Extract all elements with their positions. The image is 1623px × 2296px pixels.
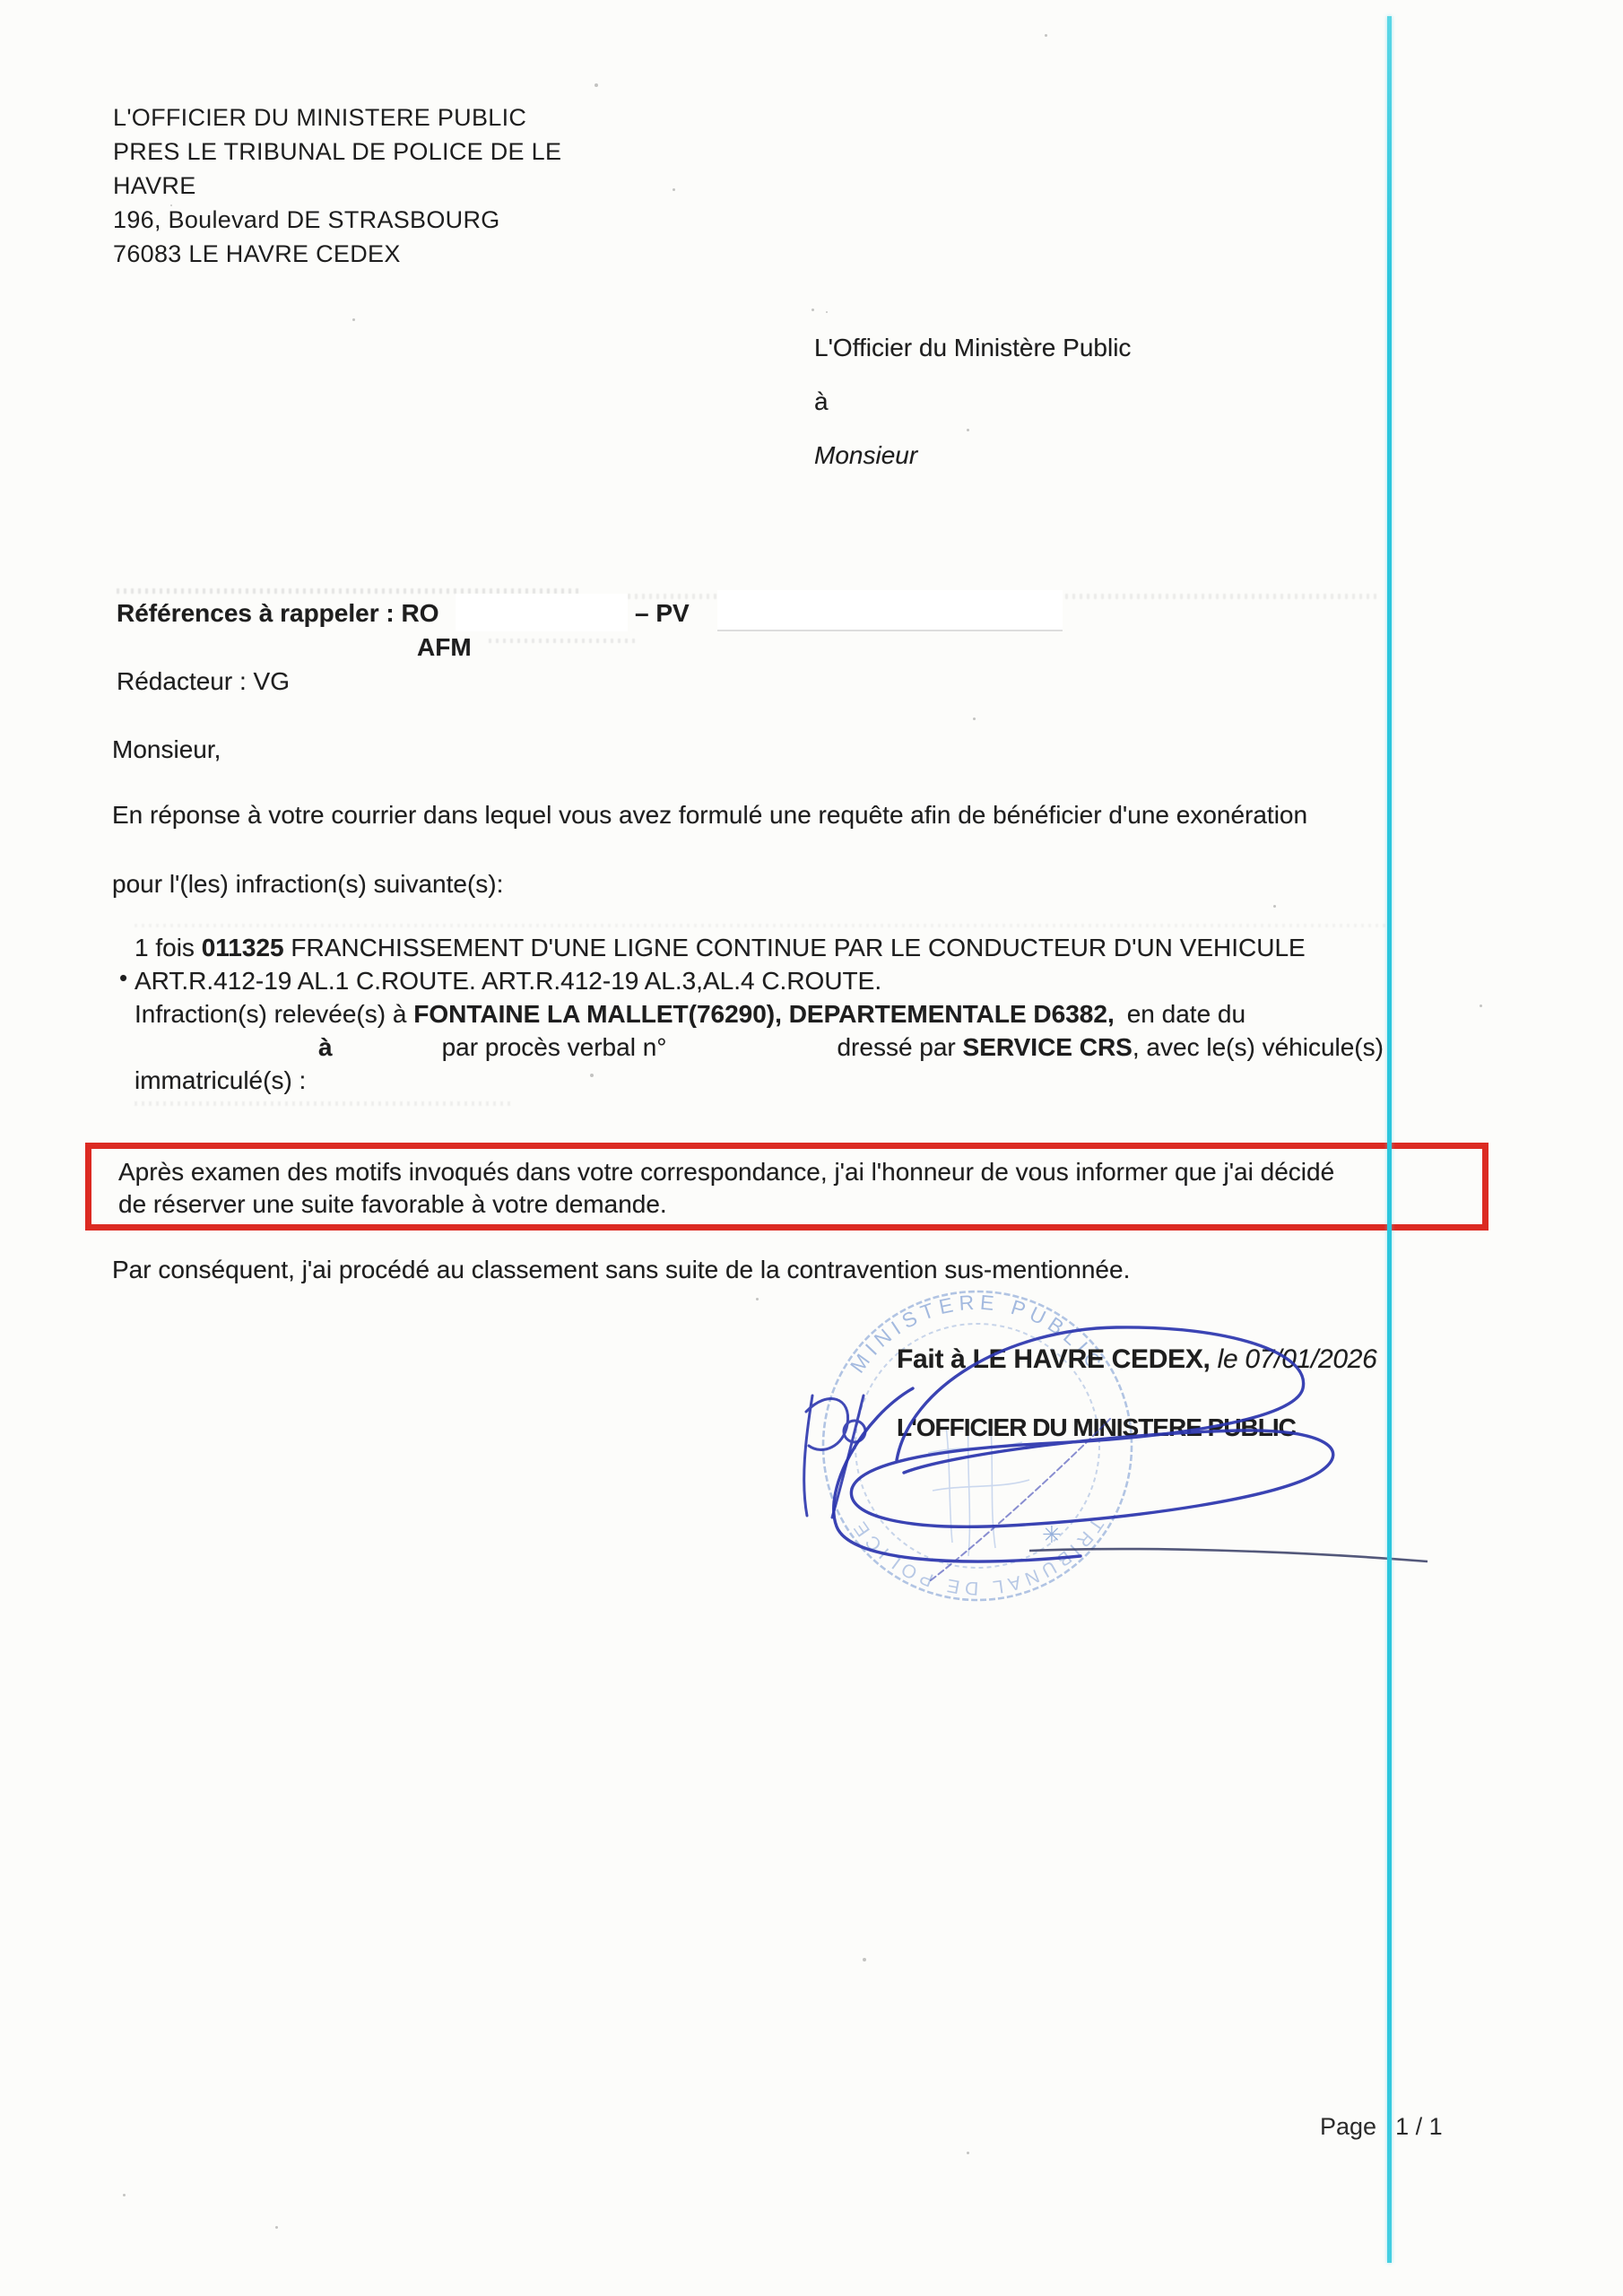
infraction-vehicule-label: , avec le(s) véhicule(s): [1133, 1033, 1384, 1061]
infraction-articles: ART.R.412-19 AL.1 C.ROUTE. ART.R.412-19 …: [135, 967, 881, 995]
scan-speck: [1480, 1004, 1482, 1007]
recipient-line-officier: L'Officier du Ministère Public: [814, 332, 1131, 364]
sender-line: L'OFFICIER DU MINISTERE PUBLIC: [113, 100, 561, 135]
scan-speck: [967, 429, 969, 431]
intro-line-1: En réponse à votre courrier dans lequel …: [112, 799, 1307, 831]
infraction-count: 1 fois: [135, 934, 202, 961]
stamp-asterisk: ✳: [1042, 1521, 1062, 1548]
page-number: Page 1 / 1: [1320, 2113, 1443, 2141]
closing-date: le 07/01/2026: [1211, 1344, 1377, 1374]
redacted-pvnum-gap: [666, 1055, 837, 1056]
closing-fait-label: Fait à LE HAVRE CEDEX,: [897, 1344, 1211, 1374]
closing-officer-line: L'OFFICIER DU MINISTERE PUBLIC: [897, 1413, 1296, 1442]
ink-stamp: MINISTERE PUBLIC TRIBUNAL DE POLICE ✳: [771, 1256, 1488, 1650]
infraction-block: 1 fois 011325 FRANCHISSEMENT D'UNE LIGNE…: [135, 931, 1384, 1097]
infraction-line-2: ART.R.412-19 AL.1 C.ROUTE. ART.R.412-19 …: [135, 964, 1384, 997]
infraction-date-label: en date du: [1127, 1000, 1245, 1028]
references-pv-label: – PV: [635, 597, 690, 630]
svg-text:TRIBUNAL DE POLICE: TRIBUNAL DE POLICE: [847, 1514, 1107, 1598]
recipient-line-a: à: [814, 386, 829, 418]
infraction-immatricule-label: immatriculé(s) :: [135, 1066, 306, 1094]
scan-speck: [673, 188, 675, 191]
scan-speck: [826, 311, 828, 313]
intro-line-2: pour l'(les) infraction(s) suivante(s):: [112, 868, 503, 900]
redacted-date-gap: [135, 1055, 318, 1056]
scan-smudge: [489, 639, 637, 643]
salutation: Monsieur,: [112, 734, 221, 766]
sender-address-block: L'OFFICIER DU MINISTERE PUBLIC PRES LE T…: [113, 100, 561, 271]
scan-speck: [811, 309, 814, 311]
scan-speck: [1273, 905, 1276, 908]
closing-date-line: Fait à LE HAVRE CEDEX, le 07/01/2026: [897, 1344, 1377, 1376]
decision-line-1: Après examen des motifs invoqués dans vo…: [118, 1156, 1334, 1188]
consequence-line: Par conséquent, j'ai procédé au classeme…: [112, 1254, 1130, 1286]
signature-underline: [1029, 1549, 1428, 1561]
infraction-line-3: Infraction(s) relevée(s) à FONTAINE LA M…: [135, 997, 1384, 1031]
stamp-rim-bottom-text: TRIBUNAL DE POLICE: [847, 1514, 1107, 1598]
infraction-line-5: immatriculé(s) :: [135, 1064, 1384, 1097]
infraction-bullet: •: [119, 961, 127, 994]
signature-po-mark: [804, 1396, 865, 1518]
scan-speck: [352, 318, 355, 321]
scan-speck: [595, 83, 598, 87]
scan-speck: [275, 2226, 278, 2229]
infraction-line-1: 1 fois 011325 FRANCHISSEMENT D'UNE LIGNE…: [135, 931, 1384, 964]
scan-smudge: [135, 924, 1390, 927]
infraction-dresse-label: dressé par: [837, 1033, 962, 1061]
redacteur-line: Rédacteur : VG: [117, 665, 290, 698]
decision-text: Après examen des motifs invoqués dans vo…: [118, 1156, 1334, 1221]
scan-smudge: [135, 1101, 511, 1106]
red-highlight-box: Après examen des motifs invoqués dans vo…: [85, 1143, 1488, 1231]
scan-speck: [123, 2194, 126, 2196]
recipient-line-monsieur: Monsieur: [814, 439, 917, 472]
scan-speck: [756, 1298, 759, 1300]
scan-speck: [967, 2152, 969, 2154]
page-number-value: 1 / 1: [1395, 2113, 1443, 2140]
scan-artifact-cyan-line: [1387, 16, 1392, 2263]
page-number-word: Page: [1320, 2113, 1376, 2140]
infraction-title: FRANCHISSEMENT D'UNE LIGNE CONTINUE PAR …: [284, 934, 1306, 961]
infraction-place: FONTAINE LA MALLET(76290), DEPARTEMENTAL…: [413, 1000, 1115, 1028]
sender-line: 196, Boulevard DE STRASBOURG: [113, 203, 561, 237]
redacted-pv-number: [717, 590, 1063, 631]
infraction-pv-label: par procès verbal n°: [442, 1033, 667, 1061]
infraction-service: SERVICE CRS: [963, 1033, 1133, 1061]
sender-line: HAVRE: [113, 169, 561, 203]
scanned-letter-page: L'OFFICIER DU MINISTERE PUBLIC PRES LE T…: [0, 0, 1623, 2296]
scan-speck: [973, 717, 976, 720]
scan-speck: [863, 1958, 866, 1961]
scan-speck: [1045, 34, 1047, 37]
infraction-a-label: à: [318, 1033, 333, 1061]
infraction-line-4: àpar procès verbal n°dressé par SERVICE …: [135, 1031, 1384, 1064]
sender-line: 76083 LE HAVRE CEDEX: [113, 237, 561, 271]
sender-line: PRES LE TRIBUNAL DE POLICE DE LE: [113, 135, 561, 169]
scan-speck: [590, 1074, 594, 1077]
infraction-code: 011325: [202, 934, 284, 961]
redacted-ro-number: [456, 594, 628, 631]
decision-line-2: de réserver une suite favorable à votre …: [118, 1188, 1334, 1221]
redacted-time-gap: [333, 1055, 442, 1056]
handwritten-signature: [771, 1256, 1488, 1650]
references-afm: AFM: [417, 631, 472, 664]
references-label: Références à rappeler : RO: [117, 597, 439, 630]
scan-speck: [170, 204, 172, 206]
infraction-releve-prefix: Infraction(s) relevée(s) à: [135, 1000, 413, 1028]
